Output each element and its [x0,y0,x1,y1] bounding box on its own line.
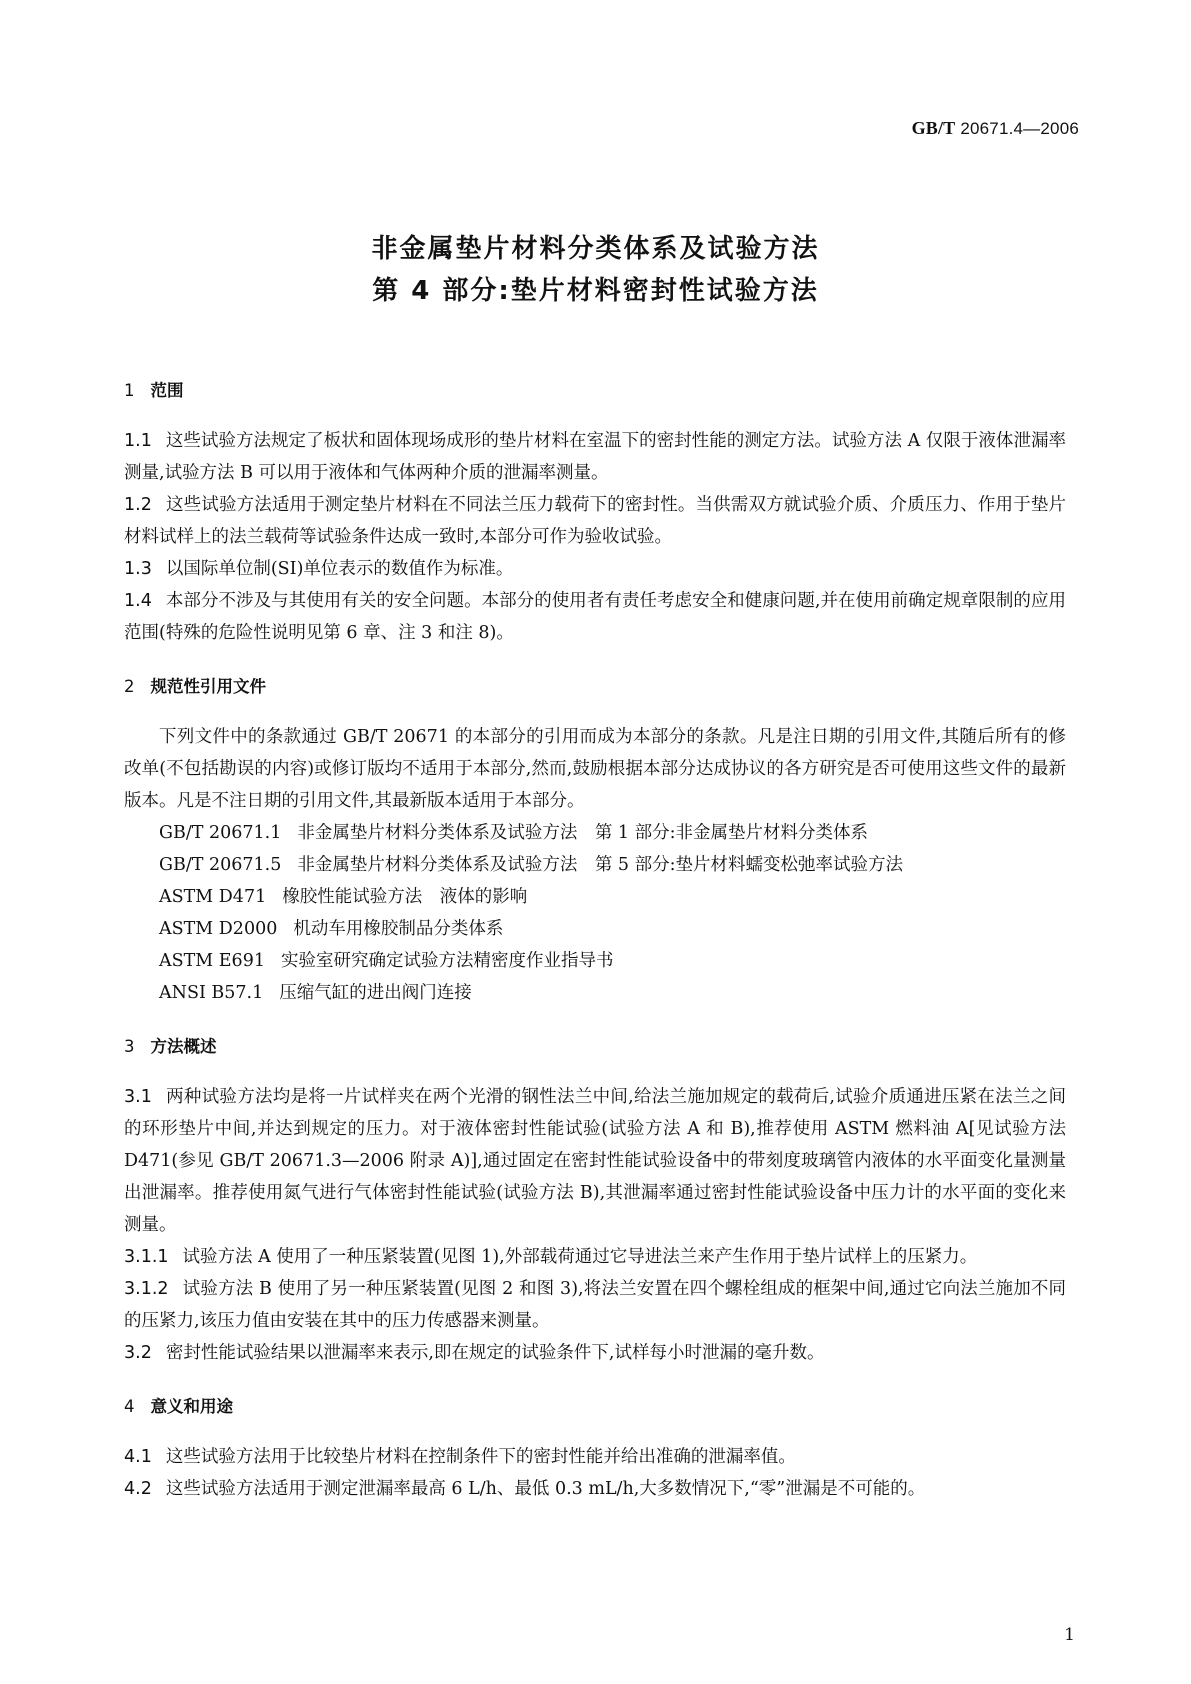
clause-1-3: 1.3以国际单位制(SI)单位表示的数值作为标准。 [124,553,1066,585]
normative-references-intro: 下列文件中的条款通过 GB/T 20671 的本部分的引用而成为本部分的条款。凡… [124,721,1066,817]
clause-4-2: 4.2这些试验方法适用于测定泄漏率最高 6 L/h、最低 0.3 mL/h,大多… [124,1473,1066,1505]
page-number: 1 [1064,1625,1075,1645]
section-heading-4: 4意义和用途 [124,1391,1066,1423]
clause-3-1: 3.1两种试验方法均是将一片试样夹在两个光滑的钢性法兰中间,给法兰施加规定的载荷… [124,1081,1066,1241]
reference-item: GB/T 20671.1非金属垫片材料分类体系及试验方法 第 1 部分:非金属垫… [124,817,1066,849]
standard-code: 20671.4—2006 [955,119,1079,138]
section-heading-2: 2规范性引用文件 [124,671,1066,703]
reference-item: GB/T 20671.5非金属垫片材料分类体系及试验方法 第 5 部分:垫片材料… [124,849,1066,881]
section-heading-1: 1范围 [124,375,1066,407]
clause-1-1: 1.1这些试验方法规定了板状和固体现场成形的垫片材料在室温下的密封性能的测定方法… [124,425,1066,489]
reference-item: ASTM D2000机动车用橡胶制品分类体系 [124,913,1066,945]
reference-item: ANSI B57.1压缩气缸的进出阀门连接 [124,977,1066,1009]
document-body: 1范围 1.1这些试验方法规定了板状和固体现场成形的垫片材料在室温下的密封性能的… [124,375,1066,1505]
clause-1-4: 1.4本部分不涉及与其使用有关的安全问题。本部分的使用者有责任考虑安全和健康问题… [124,585,1066,649]
clause-4-1: 4.1这些试验方法用于比较垫片材料在控制条件下的密封性能并给出准确的泄漏率值。 [124,1441,1066,1473]
title-line-1: 非金属垫片材料分类体系及试验方法 [0,228,1191,270]
standard-prefix: GB/T [912,118,956,138]
reference-item: ASTM E691实验室研究确定试验方法精密度作业指导书 [124,945,1066,977]
title-line-2: 第 4 部分:垫片材料密封性试验方法 [0,270,1191,312]
clause-3-1-2: 3.1.2试验方法 B 使用了另一种压紧装置(见图 2 和图 3),将法兰安置在… [124,1273,1066,1337]
document-title: 非金属垫片材料分类体系及试验方法 第 4 部分:垫片材料密封性试验方法 [0,228,1191,312]
reference-item: ASTM D471橡胶性能试验方法 液体的影响 [124,881,1066,913]
clause-1-2: 1.2这些试验方法适用于测定垫片材料在不同法兰压力载荷下的密封性。当供需双方就试… [124,489,1066,553]
section-heading-3: 3方法概述 [124,1031,1066,1063]
clause-3-1-1: 3.1.1试验方法 A 使用了一种压紧装置(见图 1),外部载荷通过它导进法兰来… [124,1241,1066,1273]
clause-3-2: 3.2密封性能试验结果以泄漏率来表示,即在规定的试验条件下,试样每小时泄漏的毫升… [124,1337,1066,1369]
standard-number: GB/T 20671.4—2006 [912,118,1079,139]
